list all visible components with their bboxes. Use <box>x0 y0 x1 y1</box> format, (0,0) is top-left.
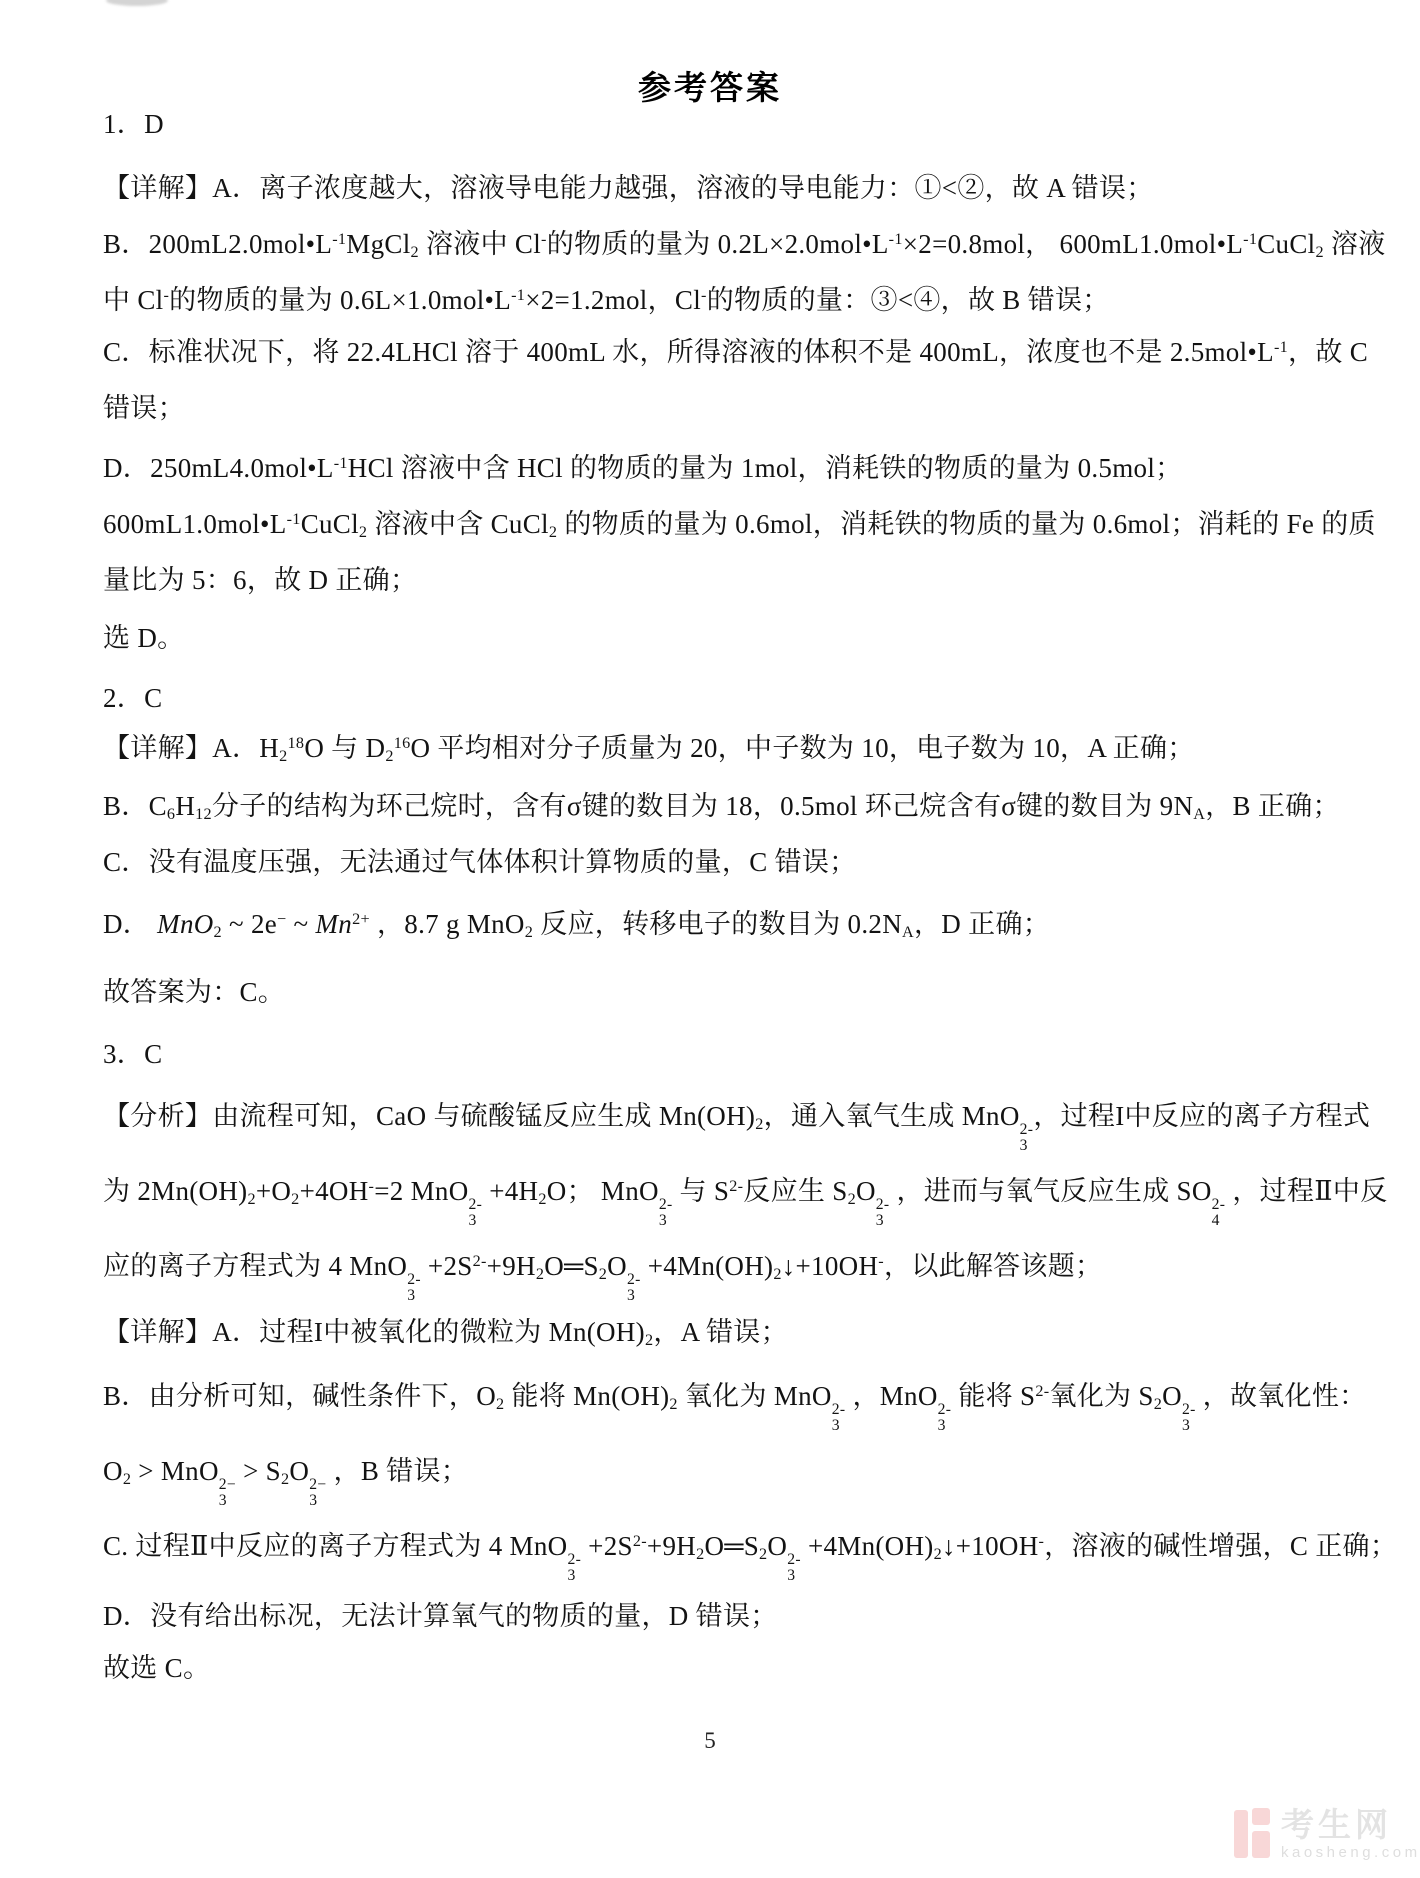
answer-3: 3．C <box>103 1038 1358 1072</box>
text-line: C．标准状况下，将 22.4LHCl 溶于 400mL 水，所得溶液的体积不是 … <box>103 336 1358 370</box>
watermark-domain: kaosheng.com <box>1281 1844 1420 1861</box>
text-line: C. 过程Ⅱ中反应的离子方程式为 4 MnO2-3 +2S2-+9H2O═S2O… <box>103 1530 1358 1584</box>
text-line: 错误； <box>103 392 1358 426</box>
text-line: C．没有温度压强，无法通过气体体积计算物质的量，C 错误； <box>103 846 1358 880</box>
scan-artifact <box>106 0 168 6</box>
text-line: 600mL1.0mol•L-1CuCl2 溶液中含 CuCl2 的物质的量为 0… <box>103 508 1358 542</box>
watermark-text: 考生网 kaosheng.com <box>1281 1808 1420 1861</box>
text-line: 【分析】由流程可知，CaO 与硫酸锰反应生成 Mn(OH)2，通入氧气生成 Mn… <box>103 1100 1358 1154</box>
text-line: 【详解】A．H218O 与 D216O 平均相对分子质量为 20，中子数为 10… <box>103 732 1358 766</box>
text-line: 中 Cl-的物质的量为 0.6L×1.0mol•L-1×2=1.2mol，Cl-… <box>103 284 1358 318</box>
text-line: 量比为 5：6，故 D 正确； <box>103 564 1358 598</box>
answer-1: 1．D <box>103 108 1358 142</box>
page-number: 5 <box>0 1728 1420 1754</box>
document-page: 参考答案 1．D【详解】A．离子浓度越大，溶液导电能力越强，溶液的导电能力：①<… <box>0 0 1420 1878</box>
watermark: 考生网 kaosheng.com <box>1234 1808 1420 1861</box>
text-line: 选 D。 <box>103 622 1358 656</box>
text-line: B．C6H12分子的结构为环己烷时，含有σ键的数目为 18，0.5mol 环己烷… <box>103 790 1358 824</box>
text-line: 为 2Mn(OH)2+O2+4OH-=2 MnO2-3 +4H2O； MnO2-… <box>103 1175 1358 1229</box>
kaosheng-logo-icon <box>1234 1808 1270 1858</box>
text-line: B．由分析可知，碱性条件下，O2 能将 Mn(OH)2 氧化为 MnO2-3 ，… <box>103 1380 1358 1434</box>
text-line: D．没有给出标况，无法计算氧气的物质的量，D 错误； <box>103 1600 1358 1634</box>
text-line: 故选 C。 <box>103 1652 1358 1686</box>
text-line: D． MnO2 ~ 2e− ~ Mn2+ ，8.7 g MnO2 反应，转移电子… <box>103 908 1358 942</box>
text-line: D．250mL4.0mol•L-1HCl 溶液中含 HCl 的物质的量为 1mo… <box>103 452 1358 486</box>
answer-2: 2．C <box>103 682 1358 716</box>
text-line: B．200mL2.0mol•L-1MgCl2 溶液中 Cl-的物质的量为 0.2… <box>103 228 1358 262</box>
page-title: 参考答案 <box>0 62 1420 109</box>
text-line: 故答案为：C。 <box>103 976 1358 1010</box>
text-line: 【详解】A．过程I中被氧化的微粒为 Mn(OH)2，A 错误； <box>103 1316 1358 1350</box>
text-line: 应的离子方程式为 4 MnO2-3 +2S2-+9H2O═S2O2-3 +4Mn… <box>103 1250 1358 1304</box>
watermark-brand: 考生网 <box>1281 1808 1420 1841</box>
text-line: O2 > MnO2−3 > S2O2−3 ，B 错误； <box>103 1455 1358 1509</box>
text-line: 【详解】A．离子浓度越大，溶液导电能力越强，溶液的导电能力：①<②，故 A 错误… <box>103 172 1358 206</box>
